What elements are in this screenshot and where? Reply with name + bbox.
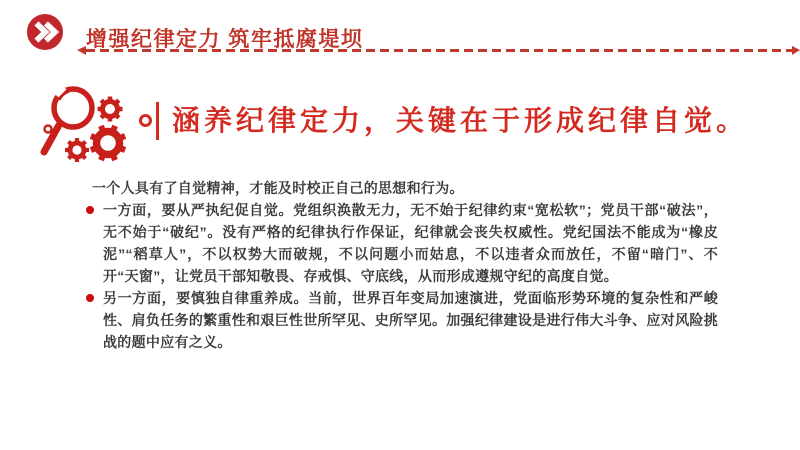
double-chevron-badge-icon: [26, 13, 64, 51]
presentation-slide: 增强纪律定力 筑牢抵腐堤坝: [0, 0, 800, 450]
intro-paragraph: 一个人具有了自觉精神，才能及时校正自己的思想和行为。: [92, 177, 718, 199]
bullet-item-1: 一方面，要从严执纪促自觉。党组织涣散无力，无不始于纪律约束“宽松软”；党员干部“…: [86, 199, 718, 287]
rule-left-arrow-icon: [77, 46, 86, 55]
bullet-list: 一方面，要从严执纪促自觉。党组织涣散无力，无不始于纪律约束“宽松软”；党员干部“…: [86, 199, 718, 353]
section-heading: 涵养纪律定力，关键在于形成纪律自觉。: [172, 99, 748, 139]
vertical-bar-divider: [156, 102, 159, 140]
gear-small-top-icon: [98, 97, 123, 122]
rule-right-arrow-icon: [792, 46, 800, 55]
bullet-item-2: 另一方面，要慎独自律重养成。当前，世界百年变局加速演进，党面临形势环境的复杂性和…: [86, 287, 718, 353]
dashed-underline: [86, 49, 796, 52]
gear-small-bottom-icon: [65, 138, 89, 162]
ring-marker-icon: [139, 114, 152, 127]
body-text-block: 一个人具有了自觉精神，才能及时校正自己的思想和行为。 一方面，要从严执纪促自觉。…: [86, 177, 718, 353]
magnifier-gears-icon: [36, 80, 146, 174]
gear-large-icon: [91, 126, 125, 160]
